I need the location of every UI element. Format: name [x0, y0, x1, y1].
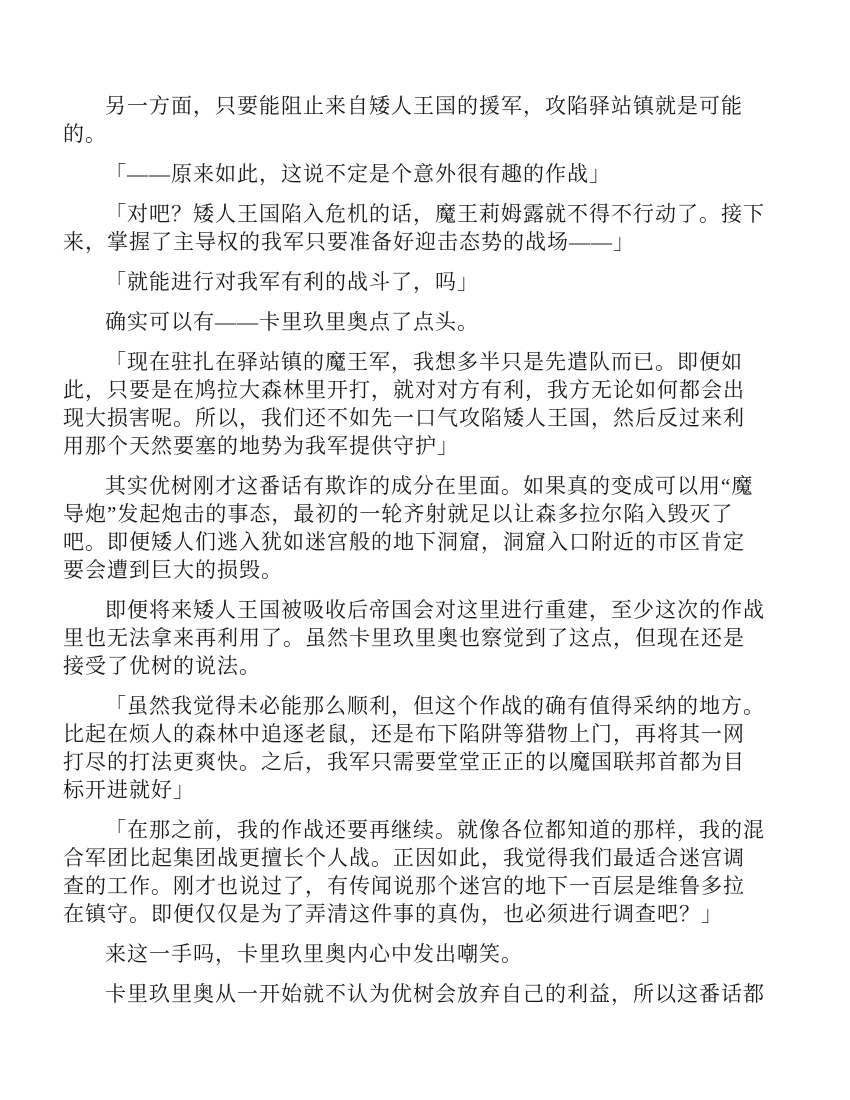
paragraph-10: 「在那之前，我的作战还要再继续。就像各位都知道的那样，我的混合军团比起集团战更擅… — [63, 816, 765, 928]
paragraph-9: 「虽然我觉得未必能那么顺利，但这个作战的确有值得采纳的地方。比起在烦人的森林中追… — [63, 692, 765, 804]
paragraph-5: 确实可以有——卡里玖里奥点了点头。 — [63, 308, 765, 336]
paragraph-11: 来这一手吗，卡里玖里奥内心中发出嘲笑。 — [63, 940, 765, 968]
paragraph-2: 「——原来如此，这说不定是个意外很有趣的作战」 — [63, 160, 765, 188]
paragraph-7: 其实优树刚才这番话有欺诈的成分在里面。如果真的变成可以用“魔导炮”发起炮击的事态… — [63, 472, 765, 584]
paragraph-1: 另一方面，只要能阻止来自矮人王国的援军，攻陷驿站镇就是可能的。 — [63, 92, 765, 148]
paragraph-4: 「就能进行对我军有利的战斗了，吗」 — [63, 268, 765, 296]
paragraph-6: 「现在驻扎在驿站镇的魔王军，我想多半只是先遣队而已。即便如此，只要是在鸠拉大森林… — [63, 348, 765, 460]
document-page: { "document": { "background_color": "#ff… — [0, 0, 850, 1100]
paragraph-8: 即便将来矮人王国被吸收后帝国会对这里进行重建，至少这次的作战里也无法拿来再利用了… — [63, 596, 765, 680]
text-block: 另一方面，只要能阻止来自矮人王国的援军，攻陷驿站镇就是可能的。 「——原来如此，… — [63, 92, 765, 1020]
paragraph-3: 「对吧？矮人王国陷入危机的话，魔王莉姆露就不得不行动了。接下来，掌握了主导权的我… — [63, 200, 765, 256]
paragraph-12: 卡里玖里奥从一开始就不认为优树会放弃自己的利益，所以这番话都 — [63, 980, 765, 1008]
